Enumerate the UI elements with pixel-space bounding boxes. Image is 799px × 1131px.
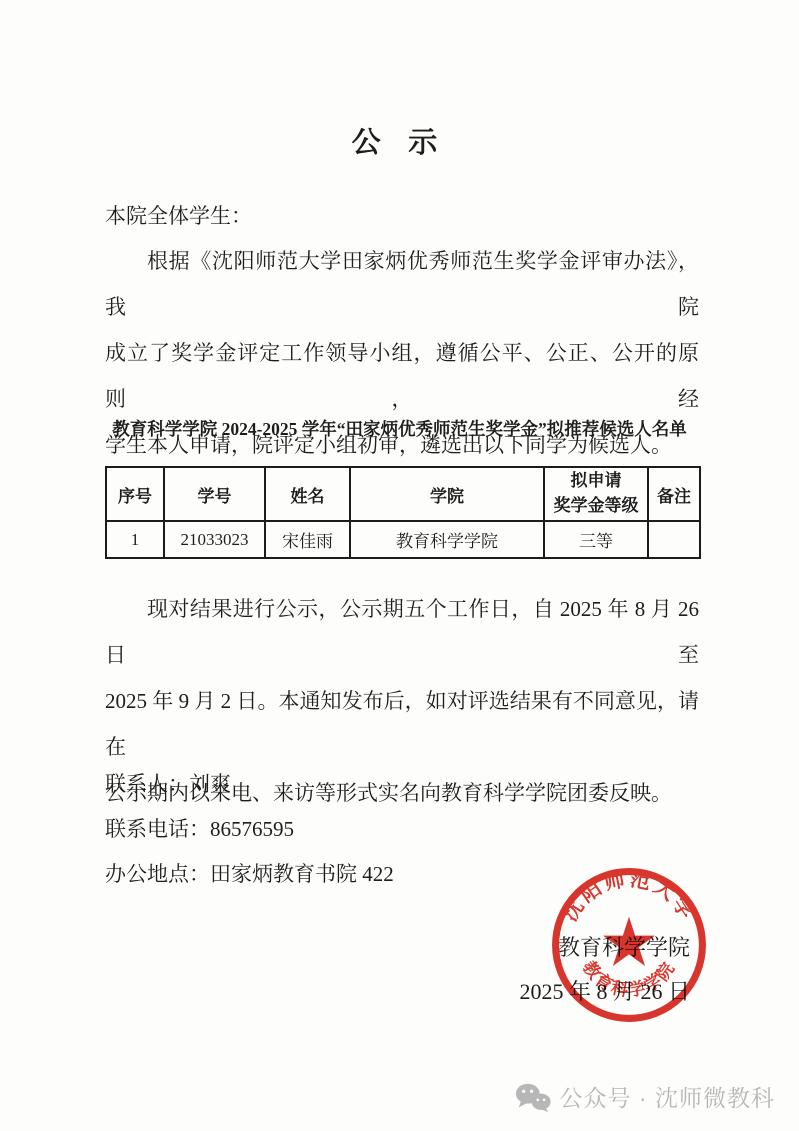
header-name: 姓名 <box>265 467 350 521</box>
table-row: 1 21033023 宋佳雨 教育科学学院 三等 <box>106 521 700 558</box>
header-student-id: 学号 <box>164 467 265 521</box>
table-caption: 教育科学学院 2024-2025 学年“田家炳优秀师范生奖学金”拟推荐候选人名单 <box>0 416 799 441</box>
paragraph-line: 2025 年 9 月 2 日。本通知发布后，如对评选结果有不同意见，请在 <box>105 678 699 770</box>
salutation: 本院全体学生： <box>105 200 252 230</box>
contact-phone: 联系电话：86576595 <box>105 807 394 852</box>
candidate-table: 序号 学号 姓名 学院 拟申请 奖学金等级 备注 1 21033023 宋佳雨 … <box>105 466 701 559</box>
paragraph-line: 成立了奖学金评定工作领导小组，遵循公平、公正、公开的原则，经 <box>105 330 699 422</box>
contact-person: 联系人：刘爽 <box>105 762 394 807</box>
seal-star-icon <box>603 917 655 966</box>
contact-block: 联系人：刘爽 联系电话：86576595 办公地点：田家炳教育书院 422 <box>105 762 394 897</box>
table-header-row: 序号 学号 姓名 学院 拟申请 奖学金等级 备注 <box>106 467 700 521</box>
contact-office: 办公地点：田家炳教育书院 422 <box>105 852 394 897</box>
footer: 公众号 · 沈师微教科 <box>0 1080 775 1113</box>
header-remark: 备注 <box>648 467 700 521</box>
cell-scholarship-level: 三等 <box>544 521 648 558</box>
footer-account-text: 公众号 · 沈师微教科 <box>560 1080 775 1113</box>
cell-seq: 1 <box>106 521 164 558</box>
wechat-icon <box>514 1081 552 1113</box>
svg-text:教育科学学院: 教育科学学院 <box>579 957 679 1000</box>
official-seal: 沈阳师范大学 教育科学学院 <box>548 863 710 1027</box>
cell-remark <box>648 521 700 558</box>
cell-college: 教育科学学院 <box>350 521 544 558</box>
header-college: 学院 <box>350 467 544 521</box>
cell-name: 宋佳雨 <box>265 521 350 558</box>
announcement-document: 公 示 本院全体学生： 根据《沈阳师范大学田家炳优秀师范生奖学金评审办法》，我院… <box>0 0 799 1131</box>
paragraph-line: 根据《沈阳师范大学田家炳优秀师范生奖学金评审办法》，我院 <box>105 238 699 330</box>
cell-student-id: 21033023 <box>164 521 265 558</box>
page-title: 公 示 <box>0 120 799 161</box>
paragraph-line: 现对结果进行公示，公示期五个工作日，自 2025 年 8 月 26 日至 <box>105 586 699 678</box>
header-scholarship-level: 拟申请 奖学金等级 <box>544 467 648 521</box>
header-seq: 序号 <box>106 467 164 521</box>
